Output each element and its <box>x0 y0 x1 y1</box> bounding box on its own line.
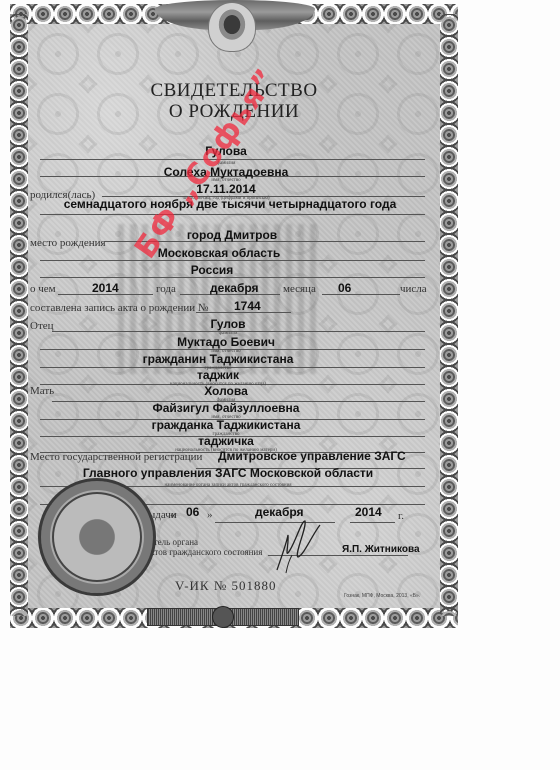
issue-year-suffix: г. <box>398 510 404 522</box>
registration-office-line-2: Главного управления ЗАГС Московской обла… <box>83 466 373 480</box>
mother-surname: Холова <box>204 384 248 398</box>
head-name: Я.П. Житникова <box>342 544 420 555</box>
record-label: составлена запись акта о рождении № <box>30 302 208 314</box>
issue-quote-open: « <box>170 509 176 521</box>
birthplace-city: город Дмитров <box>187 228 277 242</box>
coat-of-arms-icon <box>208 2 256 52</box>
day-label: числа <box>400 283 427 295</box>
mother-nationality: таджичка <box>198 434 254 448</box>
issue-quote-close: » <box>207 509 213 521</box>
birthplace-region: Московская область <box>158 246 280 260</box>
birth-certificate: СВИДЕТЕЛЬСТВО О РОЖДЕНИИ Гулова фамилия … <box>10 0 458 628</box>
registration-office-line-1: Дмитровское управление ЗАГС <box>218 449 406 463</box>
official-seal-stamp <box>38 478 156 596</box>
issue-year: 2014 <box>355 505 382 519</box>
father-citizenship: гражданин Таджикистана <box>143 352 294 366</box>
signature <box>272 515 322 575</box>
father-nationality: таджик <box>197 368 239 382</box>
bottom-ornament <box>147 608 299 626</box>
issue-day: 06 <box>186 505 199 519</box>
rule <box>102 180 425 197</box>
birthplace-country: Россия <box>191 263 234 277</box>
father-label: Отец <box>30 320 54 332</box>
printer-imprint: Гознак, МПФ, Москва, 2013, «Б». <box>344 593 420 599</box>
year-label: года <box>156 283 176 295</box>
record-month: декабря <box>210 281 259 295</box>
about-label: о чем <box>30 283 56 295</box>
month-label: месяца <box>283 283 316 295</box>
mother-citizenship: гражданка Таджикистана <box>152 418 301 432</box>
father-surname: Гулов <box>210 317 245 331</box>
record-number: 1744 <box>234 299 261 313</box>
mother-name-patronymic: Файзигул Файзуллоевна <box>153 401 300 415</box>
record-year: 2014 <box>92 281 119 295</box>
mother-label: Мать <box>30 385 54 397</box>
father-name-patronymic: Муктадо Боевич <box>177 335 275 349</box>
record-day: 06 <box>338 281 351 295</box>
birth-date-words: семнадцатого ноября две тысячи четырнадц… <box>64 197 397 211</box>
certificate-serial-number: V-ИК № 501880 <box>175 578 277 594</box>
registration-label: Место государственной регистрации <box>30 451 202 463</box>
rule <box>322 278 400 295</box>
